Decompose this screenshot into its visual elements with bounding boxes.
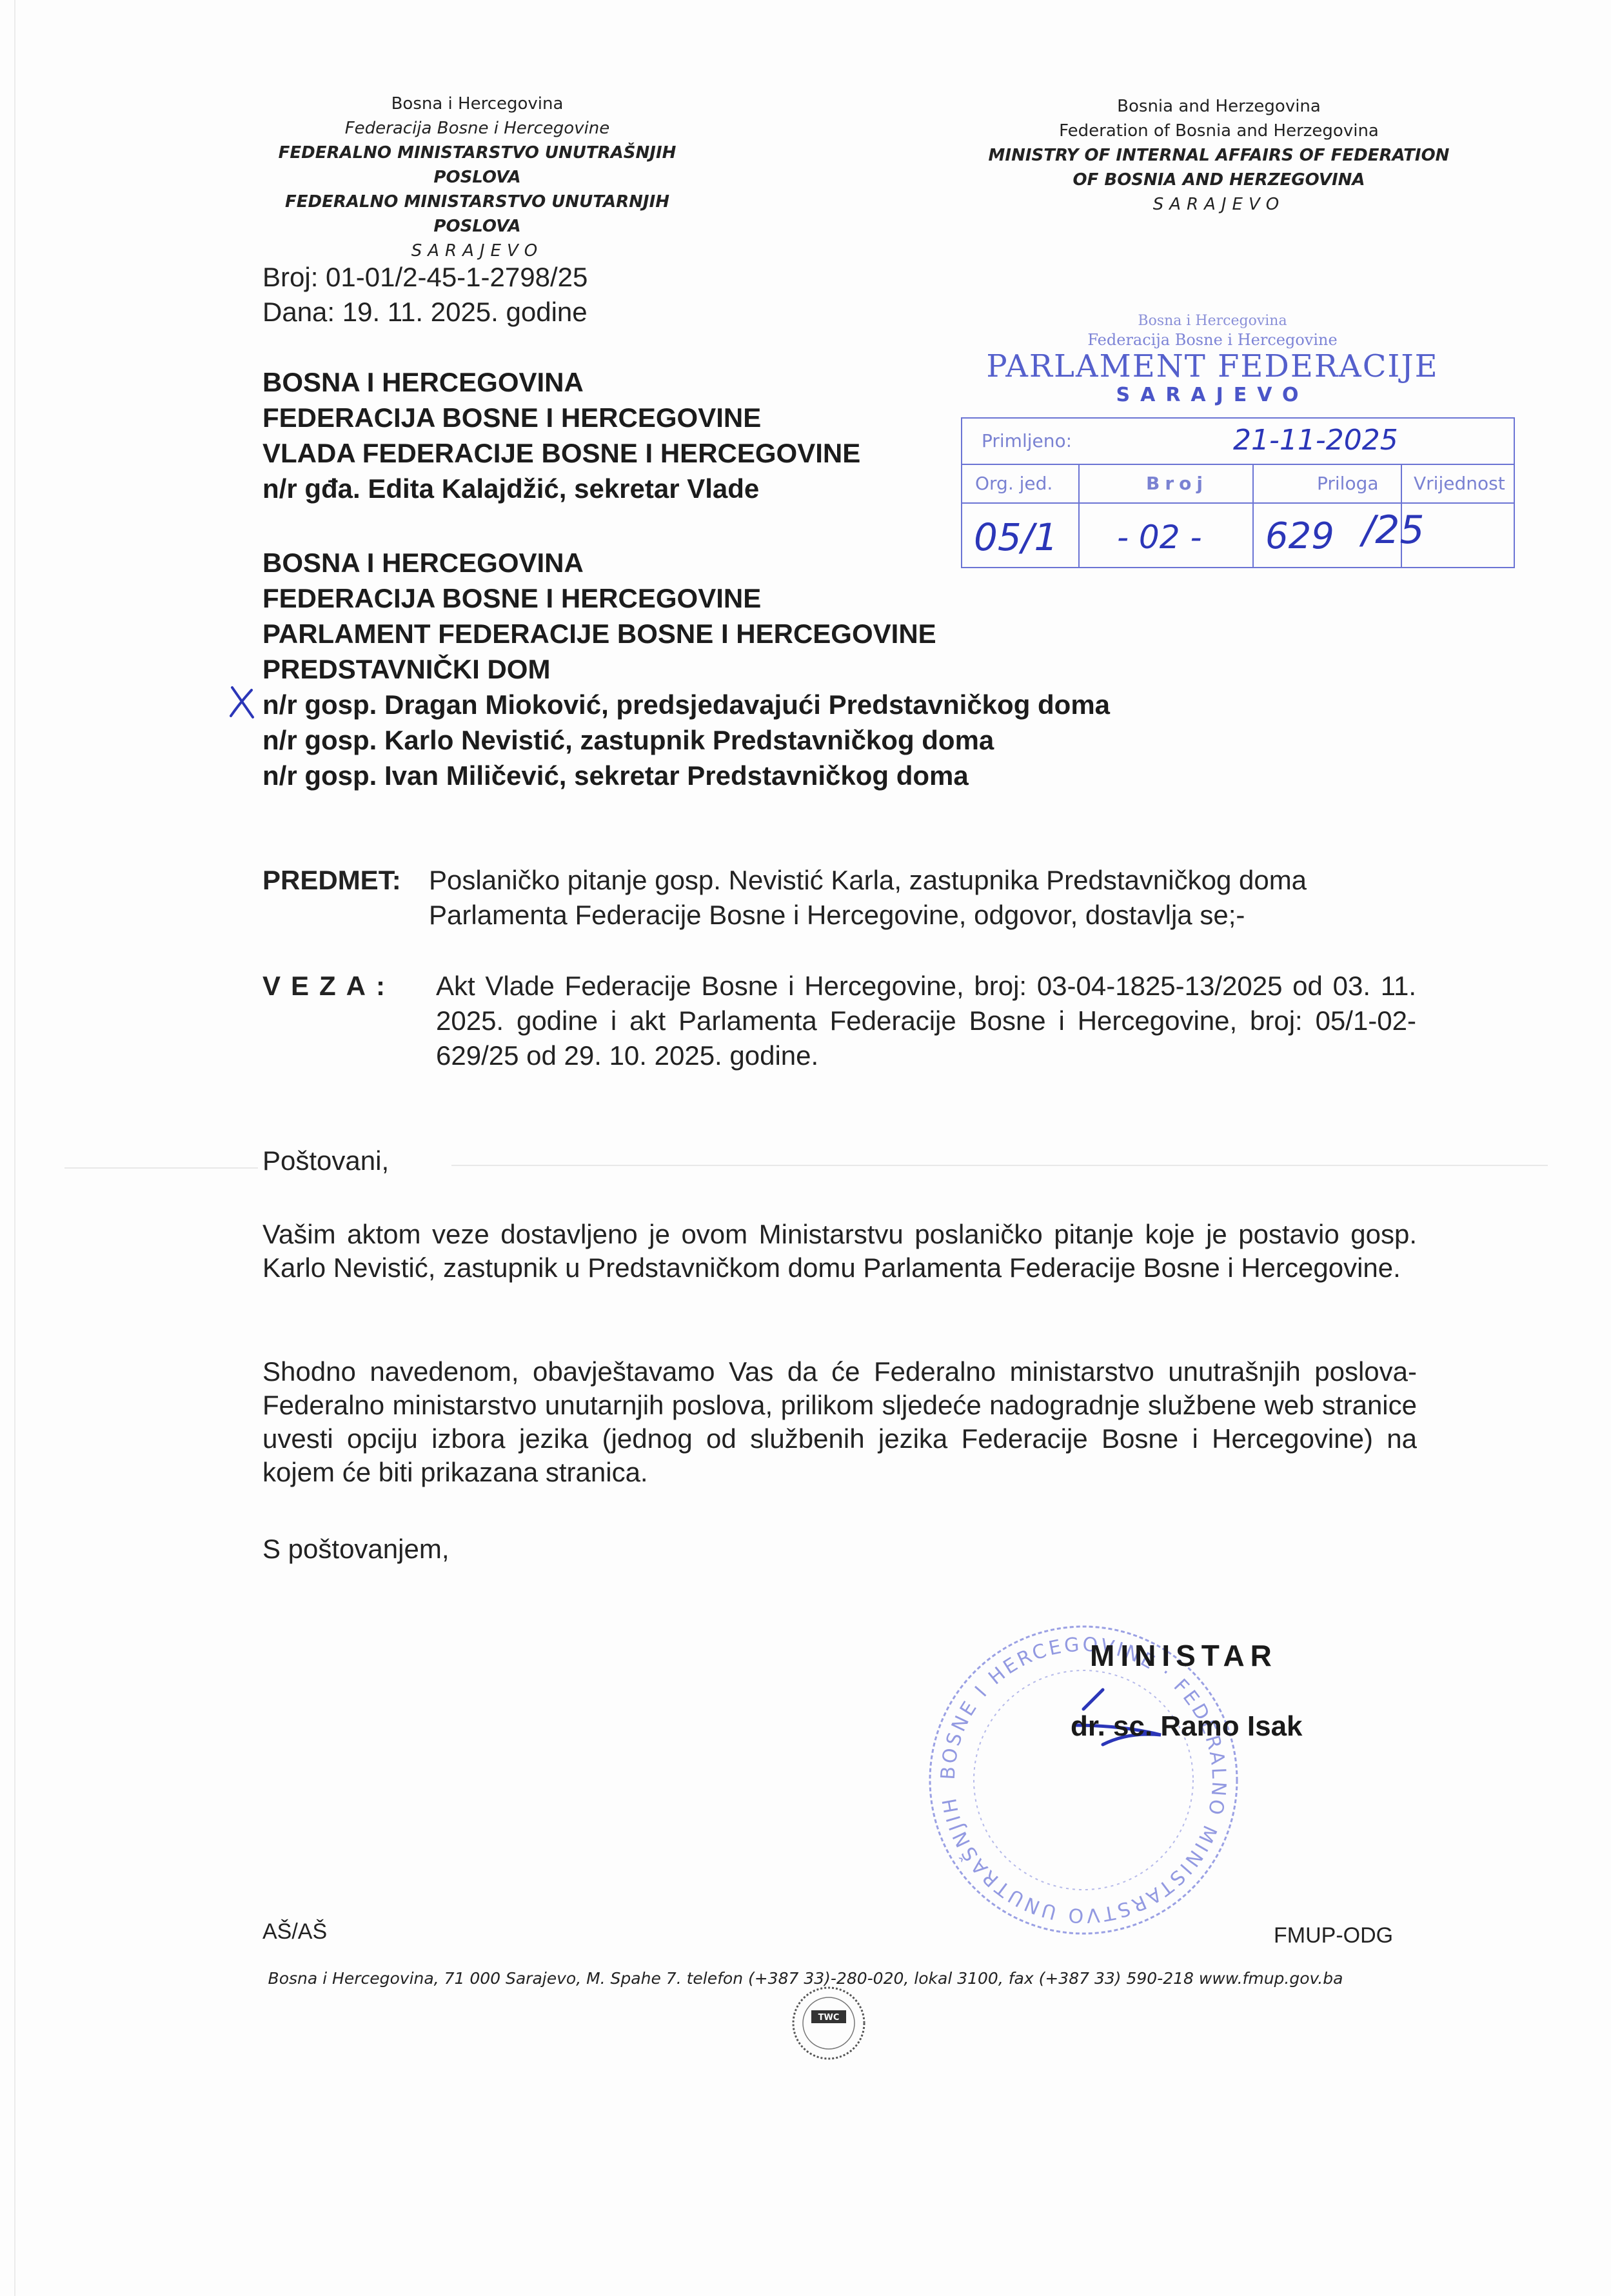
stamp-col-vrijednost: Vrijednost	[1414, 473, 1505, 494]
stamp-col-org: Org. jed.	[975, 473, 1053, 494]
stamp-entity: Federacija Bosne i Hercegovine	[961, 331, 1464, 349]
reference-date: Dana: 19. 11. 2025. godine	[262, 295, 588, 329]
recipient-line: n/r gđa. Edita Kalajdžić, sekretar Vlade	[262, 471, 860, 506]
stamp-table: Primljeno: 21-11-2025 Org. jed. Broj Pri…	[961, 417, 1515, 568]
receipt-stamp: Bosna i Hercegovina Federacija Bosne i H…	[961, 313, 1516, 571]
letterhead-ministry-1: FEDERALNO MINISTARSTVO UNUTRAŠNJIH POSLO…	[252, 141, 703, 190]
scan-artifact	[64, 1167, 258, 1169]
reference-link-text: Akt Vlade Federacije Bosne i Hercegovine…	[436, 969, 1416, 1073]
stamp-received-date: 21-11-2025	[1233, 424, 1398, 457]
letterhead-city: SARAJEVO	[252, 239, 703, 263]
stamp-received-label: Primljeno:	[982, 430, 1072, 451]
author-initials: AŠ/AŠ	[262, 1919, 327, 1945]
greeting: Poštovani,	[262, 1144, 1417, 1178]
letterhead-left: Bosna i Hercegovina Federacija Bosne i H…	[252, 92, 703, 263]
stamp-country: Bosna i Hercegovina	[961, 313, 1464, 329]
recipient-block-government: BOSNA I HERCEGOVINA FEDERACIJA BOSNE I H…	[262, 364, 860, 506]
recipient-line: n/r gosp. Dragan Mioković, predsjedavaju…	[262, 687, 1110, 722]
recipient-line: BOSNA I HERCEGOVINA	[262, 364, 860, 400]
letterhead-ministry-en-1: MINISTRY OF INTERNAL AFFAIRS OF FEDERATI…	[987, 143, 1451, 168]
stamp-institution: PARLAMENT FEDERACIJE	[961, 348, 1464, 384]
stamp-city: SARAJEVO	[961, 384, 1464, 406]
letterhead-ministry-2: FEDERALNO MINISTARSTVO UNUTARNJIH POSLOV…	[252, 190, 703, 239]
letterhead-entity: Federacija Bosne i Hercegovine	[252, 116, 703, 141]
stamp-value-broj: - 02 -	[1117, 519, 1202, 556]
letterhead-ministry-en-2: OF BOSNIA AND HERZEGOVINA	[987, 168, 1451, 192]
handwritten-x-mark-icon	[227, 684, 259, 722]
subject-label: PREDMET:	[262, 863, 401, 898]
stamp-col-broj: Broj	[1146, 473, 1208, 494]
recipient-line: FEDERACIJA BOSNE I HERCEGOVINE	[262, 400, 860, 435]
signatory-name: dr. sc. Ramo Isak	[1071, 1710, 1303, 1743]
letterhead-entity-en: Federation of Bosnia and Herzegovina	[987, 119, 1451, 143]
letterhead-right: Bosnia and Herzegovina Federation of Bos…	[987, 94, 1451, 217]
page-edge	[14, 0, 15, 2296]
stamp-value-vrijednost: /25	[1362, 508, 1425, 553]
recipient-line: PREDSTAVNIČKI DOM	[262, 651, 1110, 687]
document-code: FMUP-ODG	[1274, 1923, 1393, 1948]
closing: S poštovanjem,	[262, 1532, 1417, 1566]
body-paragraph: Shodno navedenom, obavještavamo Vas da ć…	[262, 1355, 1417, 1489]
letterhead-country-en: Bosnia and Herzegovina	[987, 94, 1451, 119]
subject-text: Poslaničko pitanje gosp. Nevistić Karla,…	[429, 863, 1435, 933]
stamp-value-priloga: 629	[1265, 515, 1334, 557]
letterhead-country: Bosna i Hercegovina	[252, 92, 703, 116]
stamp-divider	[1078, 464, 1080, 567]
recipient-line: n/r gosp. Ivan Miličević, sekretar Preds…	[262, 758, 1110, 793]
recipient-line: VLADA FEDERACIJE BOSNE I HERCEGOVINE	[262, 435, 860, 471]
recipient-block-parliament: BOSNA I HERCEGOVINA FEDERACIJA BOSNE I H…	[262, 545, 1110, 793]
cert-label: TWC	[818, 2013, 840, 2023]
reference-number: Broj: 01-01/2-45-1-2798/25	[262, 261, 588, 294]
stamp-header-row: Org. jed. Broj Priloga Vrijednost	[962, 464, 1514, 504]
body-paragraph: Vašim aktom veze dostavljeno je ovom Min…	[262, 1218, 1417, 1285]
recipient-line: PARLAMENT FEDERACIJE BOSNE I HERCEGOVINE	[262, 616, 1110, 651]
reference-link-label: VEZA:	[262, 969, 395, 1004]
recipient-line: FEDERACIJA BOSNE I HERCEGOVINE	[262, 580, 1110, 616]
stamp-divider	[1252, 464, 1254, 567]
stamp-value-org: 05/1	[974, 515, 1058, 559]
stamp-col-priloga: Priloga	[1317, 473, 1379, 494]
letterhead-city-en: SARAJEVO	[987, 192, 1451, 217]
recipient-line: n/r gosp. Karlo Nevistić, zastupnik Pred…	[262, 722, 1110, 758]
stamp-received-row: Primljeno: 21-11-2025	[962, 419, 1514, 465]
certification-badge-icon: TWC	[787, 1981, 871, 2065]
signatory-title: MINISTAR	[1090, 1638, 1278, 1673]
